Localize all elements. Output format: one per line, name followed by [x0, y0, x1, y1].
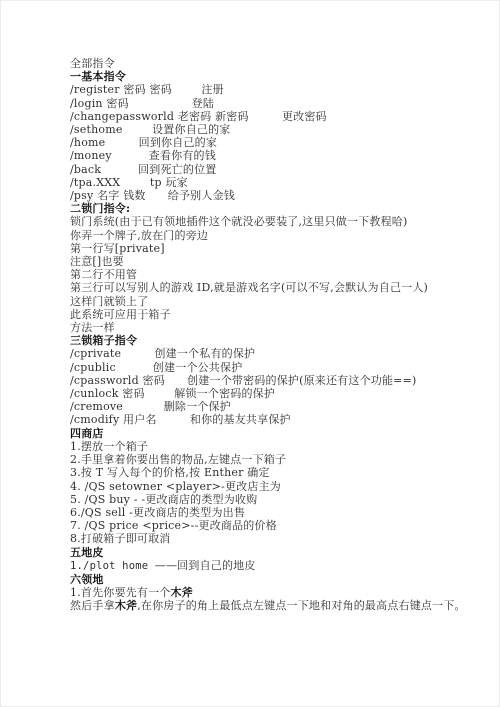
text-segment: /cremove 删除一个保护 [70, 400, 231, 413]
text-line: 注意[]也要 [70, 255, 488, 268]
text-segment: 2.手里拿着你要出售的物品,左键点一下箱子 [70, 453, 286, 466]
bold-text-segment: 木斧 [115, 599, 137, 612]
text-segment: ,在你房子的角上最低点左键点一下地和对角的最高点右键点一下。 [137, 599, 466, 612]
bold-text-segment: 四商店 [70, 427, 104, 440]
document-page: 全部指令一基本指令/register 密码 密码 注册/login 密码 登陆/… [0, 0, 500, 707]
text-segment: /money 查看你有的钱 [70, 149, 216, 162]
text-line: /back 回到死亡的位置 [70, 163, 488, 176]
text-line: 第一行写[private] [70, 242, 488, 255]
text-segment: 5. /QS buy - -更改商店的类型为收购 [70, 493, 257, 506]
text-segment: 6./QS sell -更改商店的类型为出售 [70, 506, 245, 519]
text-line: /psy 名字 钱数 给予别人金钱 [70, 189, 488, 202]
text-line: /money 查看你有的钱 [70, 149, 488, 162]
bold-text-segment: 六领地 [70, 573, 104, 586]
text-line: /home 回到你自己的家 [70, 136, 488, 149]
text-line: /cunlock 密码 解锁一个密码的保护 [70, 387, 488, 400]
text-segment: 方法一样 [70, 321, 115, 334]
text-line: 五地皮 [70, 546, 488, 559]
text-segment: 你弄一个牌子,放在门的旁边 [70, 229, 208, 242]
text-segment: /cpassworld 密码 创建一个带密码的保护(原来还有这个功能==) [70, 374, 417, 387]
text-segment: /cmodify 用户名 和你的基友共享保护 [70, 413, 291, 426]
text-segment: /sethome 设置你自己的家 [70, 123, 231, 136]
text-segment: /psy 名字 钱数 给予别人金钱 [70, 189, 235, 202]
text-line: 此系统可应用于箱子 [70, 308, 488, 321]
text-line: 这样门就锁上了 [70, 295, 488, 308]
bold-text-segment: 三锁箱子指令 [70, 334, 137, 347]
text-line: /cpublic 创建一个公共保护 [70, 361, 488, 374]
text-line: 锁门系统(由于已有领地插件这个就没必要装了,这里只做一下教程哈) [70, 215, 488, 228]
text-segment: /cprivate 创建一个私有的保护 [70, 347, 255, 360]
text-line: /changepassworld 老密码 新密码 更改密码 [70, 110, 488, 123]
text-line: 1.首先你要先有一个木斧 [70, 586, 488, 599]
text-segment: 此系统可应用于箱子 [70, 308, 171, 321]
text-line: 全部指令 [70, 57, 488, 70]
bold-text-segment: 木斧 [171, 586, 193, 599]
text-segment: 8.打破箱子即可取消 [70, 532, 171, 545]
text-segment: 3.按 T 写入每个的价格,按 Enther 确定 [70, 466, 270, 479]
text-segment: /tpa.XXX tp 玩家 [70, 176, 188, 189]
text-segment: /login 密码 登陆 [70, 97, 214, 110]
text-line: 二锁门指令: [70, 202, 488, 215]
text-segment: /cunlock 密码 解锁一个密码的保护 [70, 387, 275, 400]
text-segment: 4. /QS setowner <player>-更改店主为 [70, 480, 281, 493]
document-body: 全部指令一基本指令/register 密码 密码 注册/login 密码 登陆/… [70, 57, 488, 613]
text-segment: 1.摆放一个箱子 [70, 440, 148, 453]
text-segment: 1.首先你要先有一个 [70, 586, 171, 599]
text-segment: /back 回到死亡的位置 [70, 163, 217, 176]
text-segment: /cpublic 创建一个公共保护 [70, 361, 242, 374]
text-segment: 锁门系统(由于已有领地插件这个就没必要装了,这里只做一下教程哈) [70, 215, 407, 228]
text-line: /cmodify 用户名 和你的基友共享保护 [70, 413, 488, 426]
text-line: 你弄一个牌子,放在门的旁边 [70, 229, 488, 242]
bold-text-segment: 二锁门指令: [70, 202, 130, 215]
text-line: /cprivate 创建一个私有的保护 [70, 347, 488, 360]
text-line: /register 密码 密码 注册 [70, 83, 488, 96]
text-segment: 7. /QS price <price>--更改商品的价格 [70, 519, 277, 532]
text-segment: 这样门就锁上了 [70, 295, 148, 308]
text-segment: 注意[]也要 [70, 255, 124, 268]
text-line: /tpa.XXX tp 玩家 [70, 176, 488, 189]
text-line: 第三行可以写别人的游戏 ID,就是游戏名字(可以不写,会默认为自己一人) [70, 281, 488, 294]
text-line: 6./QS sell -更改商店的类型为出售 [70, 506, 488, 519]
text-line: 一基本指令 [70, 70, 488, 83]
text-line: 1./plot home ——回到自己的地皮 [70, 559, 488, 573]
text-line: 3.按 T 写入每个的价格,按 Enther 确定 [70, 466, 488, 479]
text-line: 5. /QS buy - -更改商店的类型为收购 [70, 493, 488, 506]
text-line: /sethome 设置你自己的家 [70, 123, 488, 136]
text-line: 第二行不用管 [70, 268, 488, 281]
bold-text-segment: 一基本指令 [70, 70, 126, 83]
text-line: 然后手拿木斧,在你房子的角上最低点左键点一下地和对角的最高点右键点一下。 [70, 599, 488, 612]
text-segment: 第二行不用管 [70, 268, 137, 281]
text-line: 8.打破箱子即可取消 [70, 532, 488, 545]
text-line: 4. /QS setowner <player>-更改店主为 [70, 480, 488, 493]
text-segment: 全部指令 [70, 57, 115, 70]
text-segment: ——回到自己的地皮 [155, 559, 256, 572]
bold-text-segment: 五地皮 [70, 546, 104, 559]
mono-text-segment: 1./plot home [70, 560, 155, 572]
text-segment: /home 回到你自己的家 [70, 136, 217, 149]
text-segment: /changepassworld 老密码 新密码 更改密码 [70, 110, 327, 123]
text-segment: 第三行可以写别人的游戏 ID,就是游戏名字(可以不写,会默认为自己一人) [70, 281, 428, 294]
text-line: 方法一样 [70, 321, 488, 334]
text-line: 7. /QS price <price>--更改商品的价格 [70, 519, 488, 532]
text-line: /login 密码 登陆 [70, 97, 488, 110]
text-line: 1.摆放一个箱子 [70, 440, 488, 453]
text-line: 2.手里拿着你要出售的物品,左键点一下箱子 [70, 453, 488, 466]
text-line: 三锁箱子指令 [70, 334, 488, 347]
text-segment: 然后手拿 [70, 599, 115, 612]
text-segment: /register 密码 密码 注册 [70, 83, 224, 96]
text-segment: 第一行写[private] [70, 242, 165, 255]
text-line: /cpassworld 密码 创建一个带密码的保护(原来还有这个功能==) [70, 374, 488, 387]
text-line: 四商店 [70, 427, 488, 440]
text-line: /cremove 删除一个保护 [70, 400, 488, 413]
text-line: 六领地 [70, 573, 488, 586]
